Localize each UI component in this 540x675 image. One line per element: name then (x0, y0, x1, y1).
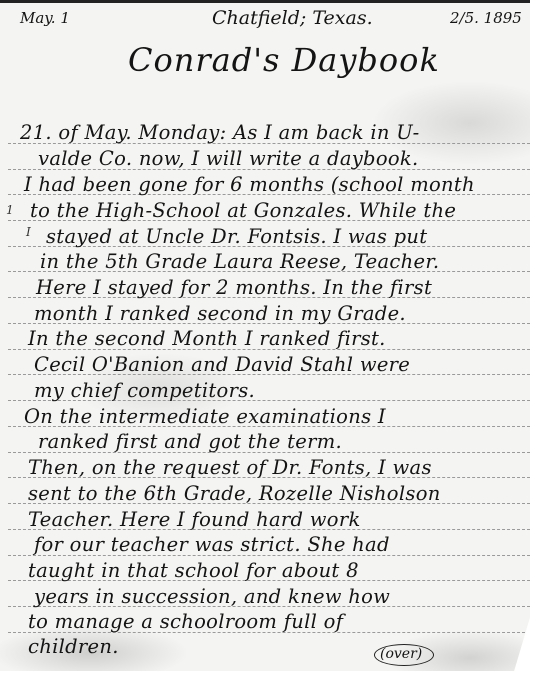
diary-line: valde Co. now, I will write a daybook. (38, 147, 419, 170)
diary-line: my chief competitors. (34, 379, 255, 402)
date-heading: 2/5. 1895 (450, 9, 522, 27)
diary-line: sent to the 6th Grade, Rozelle Nisholson (28, 482, 441, 505)
diary-line: years in succession, and knew how (34, 585, 390, 608)
diary-page: May. 1 Chatfield; Texas. 2/5. 1895 Conra… (0, 0, 530, 671)
diary-line: In the second Month I ranked first. (28, 327, 386, 350)
diary-line: taught in that school for about 8 (28, 559, 359, 582)
place-heading: Chatfield; Texas. (212, 7, 373, 29)
month-marker: May. 1 (20, 9, 70, 27)
diary-line: I had been gone for 6 months (school mon… (24, 173, 475, 196)
diary-line: in the 5th Grade Laura Reese, Teacher. (40, 250, 439, 273)
diary-line: for our teacher was strict. She had (34, 533, 390, 556)
diary-line: month I ranked second in my Grade. (34, 302, 406, 325)
diary-line: On the intermediate examinations I (24, 405, 386, 428)
page-title: Conrad's Daybook (128, 41, 440, 79)
diary-line: Teacher. Here I found hard work (28, 508, 361, 531)
diary-line: Then, on the request of Dr. Fonts, I was (28, 456, 432, 479)
diary-line: stayed at Uncle Dr. Fontsis. I was put (46, 225, 427, 248)
over-note: (over) (380, 646, 422, 662)
diary-line: Here I stayed for 2 months. In the first (36, 276, 432, 299)
diary-line: Cecil O'Banion and David Stahl were (34, 353, 410, 376)
diary-line: children. (28, 635, 119, 658)
diary-line: to the High-School at Gonzales. While th… (30, 199, 456, 222)
margin-mark: 1 (6, 203, 14, 217)
margin-mark: I (26, 225, 31, 239)
diary-line: 21. of May. Monday: As I am back in U- (20, 121, 420, 144)
diary-line: to manage a schoolroom full of (28, 610, 343, 633)
diary-line: ranked first and got the term. (38, 430, 342, 453)
